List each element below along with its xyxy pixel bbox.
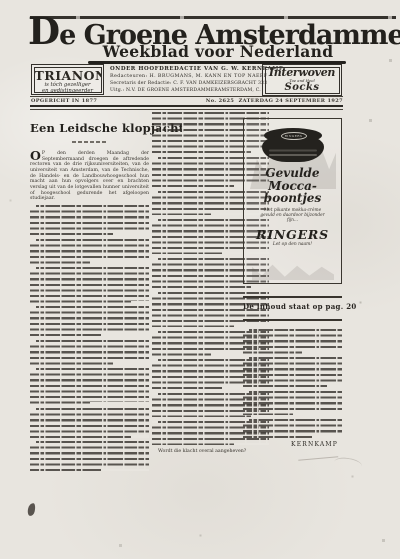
founded-label: OPGERICHT IN 1877 xyxy=(31,98,97,104)
trianon-tagline: is tóch gezelliger en gedistingeerder xyxy=(35,82,101,93)
body-text-block xyxy=(30,239,149,264)
column-closing-line: Wordt die klacht overal aangeheven? xyxy=(152,449,269,455)
ad-slogan: Let op den naam! xyxy=(244,242,341,247)
editorial-info: ONDER HOOFDREDACTIE VAN G. W. KERNKAMP R… xyxy=(110,65,250,94)
chief-editor-line: ONDER HOOFDREDACTIE VAN G. W. KERNKAMP xyxy=(110,65,250,73)
article-column-right xyxy=(243,329,342,441)
article-column-left: OP den derden Maandag der Septembermaand… xyxy=(30,151,149,475)
interwoven-slogan: Het meest gevraagde merk xyxy=(266,92,339,94)
secretary-row: Secretaris der Redactie: C. F. VAN DAM K… xyxy=(110,80,250,87)
article-opening-paragraph: OP den derden Maandag der Septembermaand… xyxy=(30,151,149,202)
body-text-block xyxy=(243,391,342,416)
interwoven-brand: Interwoven xyxy=(266,68,339,79)
address-line: KEIZERSGRACHT 333 xyxy=(211,80,267,87)
body-text-block xyxy=(30,408,149,438)
editors-line: Redacteuren: H. BRUGMANS, M. KANN EN TOP… xyxy=(110,73,250,80)
contents-rule-bottom xyxy=(243,319,342,321)
bean-brand-label: RINGERS xyxy=(281,132,307,140)
body-text-block xyxy=(243,329,342,354)
chocolate-bean-illustration: RINGERS xyxy=(262,128,324,165)
trianon-ad-inner: TRIANON is tóch gezelliger en gedistinge… xyxy=(34,67,102,93)
issue-date: ZATERDAG 24 SEPTEMBER 1927 xyxy=(230,98,343,104)
body-text-block xyxy=(30,267,149,303)
pencil-mark xyxy=(298,450,338,460)
scan-noise-specks xyxy=(0,0,1,1)
newspaper-page: De Groene Amsterdammer Weekblad voor Ned… xyxy=(0,0,400,559)
ad-brand-name: RINGERS xyxy=(244,227,341,242)
body-text-block xyxy=(30,368,149,404)
ad-body-text: Met pikante mokka-crème gevuld en daardo… xyxy=(244,205,341,224)
secretary-line: Secretaris der Redactie: C. F. VAN DAM xyxy=(110,80,211,87)
masthead-subtitle: Weekblad voor Nederland xyxy=(90,43,346,60)
separator-rule-thin xyxy=(30,109,343,110)
body-text-block xyxy=(30,205,149,235)
drop-cap: O xyxy=(30,151,41,161)
publisher-line: Uitg.: N.V. DE GROENE AMSTERDAMMER xyxy=(110,87,218,94)
body-text-block xyxy=(243,357,342,387)
interwoven-ad-box: Interwoven Toe and Heel Socks Het meest … xyxy=(262,64,342,96)
ad-sketch-decoration xyxy=(252,258,334,280)
ad-title-line3: boontjes xyxy=(244,192,341,205)
trianon-ad-box: TRIANON is tóch gezelliger en gedistinge… xyxy=(31,64,104,95)
body-text-block xyxy=(243,419,342,438)
ad-title-line1: Gevulde xyxy=(244,167,341,180)
contents-heading: De inhoud staat op pag. 20 xyxy=(243,302,342,311)
trianon-name: TRIANON xyxy=(35,69,101,82)
body-text-block xyxy=(30,306,149,336)
body-text-block xyxy=(30,340,149,365)
interwoven-product: Socks xyxy=(266,83,339,92)
ringers-ad-box: RINGERS Gevulde Mocca- boontjes Met pika… xyxy=(243,118,342,284)
separator-rule-thick xyxy=(30,105,343,108)
title-ornament xyxy=(72,141,108,143)
city-line: AMSTERDAM, C. xyxy=(218,87,261,94)
body-text-block xyxy=(30,441,149,471)
publisher-row: Uitg.: N.V. DE GROENE AMSTERDAMMER AMSTE… xyxy=(110,87,250,94)
interwoven-ad-inner: Interwoven Toe and Heel Socks Het meest … xyxy=(265,67,340,94)
opening-text: P den derden Maandag der Septembermaand … xyxy=(30,151,149,201)
contents-rule-top xyxy=(243,296,342,298)
author-signature: KERNKAMP xyxy=(243,441,344,448)
pencil-mark xyxy=(333,456,363,472)
ink-smudge xyxy=(27,502,37,516)
